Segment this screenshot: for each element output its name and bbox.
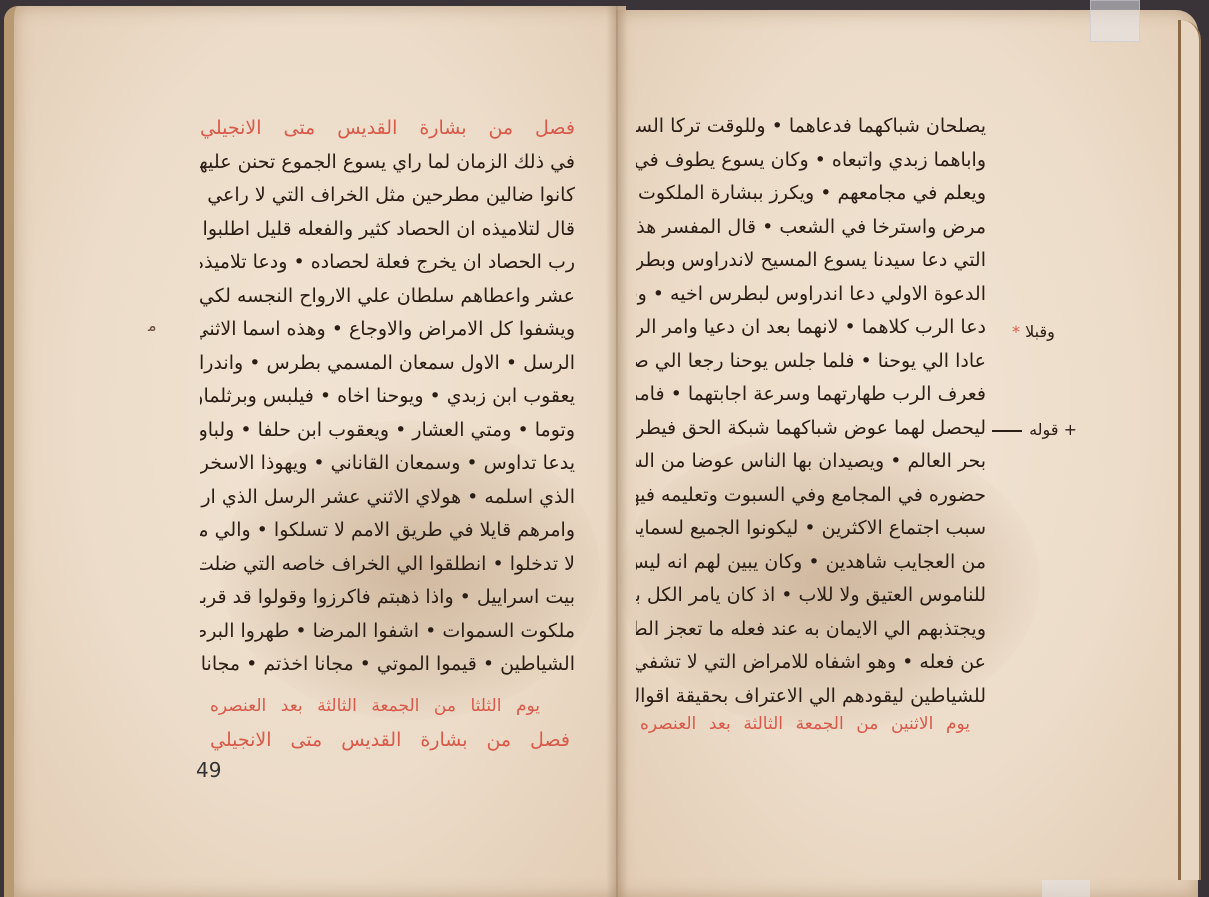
text-line: الرسل • الاول سمعان المسمي بطرس • واندرا… xyxy=(200,347,575,381)
text-line: حضوره في المجامع وفي السبوت وتعليمه فيها… xyxy=(636,479,986,513)
left-page-text: فصل من بشارة القديس متى الانجيلي في ذلك … xyxy=(200,112,575,682)
margin-rule xyxy=(992,430,1022,432)
text-line: بيت اسراييل • واذا ذهبتم فاكرزوا وقولوا … xyxy=(200,581,575,615)
margin-note: وقبلا * xyxy=(1012,322,1055,341)
margin-note: + قوله xyxy=(992,420,1077,439)
tape-strip-bottom xyxy=(1042,880,1090,897)
text-line: ويشفوا كل الامراض والاوجاع • وهذه اسما ا… xyxy=(200,313,575,347)
right-page-text: يصلحان شباكهما فدعاهما • وللوقت تركا الس… xyxy=(636,110,986,713)
text-line: ملكوت السموات • اشفوا المرضا • طهروا الب… xyxy=(200,615,575,649)
text-line: عن فعله • وهو اشفاه للامراض التي لا تشفي… xyxy=(636,646,986,680)
asterisk-marker: * xyxy=(1012,322,1020,341)
text-line: دعا الرب كلاهما • لانهما بعد ان دعيا وام… xyxy=(636,311,986,345)
text-line: الذي اسلمه • هولاي الاثني عشر الرسل الذي… xyxy=(200,481,575,515)
footer-rubric: يوم الاثنين من الجمعة الثالثة بعد العنصر… xyxy=(640,708,990,742)
text-line: لا تدخلوا • انطلقوا الي الخراف خاصه التي… xyxy=(200,548,575,582)
text-line: يدعا تداوس • وسمعان القاناني • ويهوذا ال… xyxy=(200,447,575,481)
heading-rubric: فصل من بشارة القديس متى الانجيلي xyxy=(200,112,575,146)
text-line: بحر العالم • ويصيدان بها الناس عوضا من ا… xyxy=(636,445,986,479)
folio-number: 49 xyxy=(196,758,221,782)
text-line: عادا الي يوحنا • فلما جلس يوحنا رجعا الي… xyxy=(636,345,986,379)
plus-marker: + xyxy=(1064,420,1077,439)
text-line: وامرهم قايلا في طريق الامم لا تسلكوا • و… xyxy=(200,514,575,548)
text-line: وتوما • ومتي العشار • ويعقوب ابن حلفا • … xyxy=(200,414,575,448)
tape-strip-top xyxy=(1090,0,1140,42)
footer-rubric: فصل من بشارة القديس متى الانجيلي xyxy=(210,724,570,758)
left-footer-rubrics: يوم الثلثا من الجمعة الثالثة بعد العنصره… xyxy=(210,690,570,757)
margin-note-text: وقبلا xyxy=(1025,322,1055,341)
text-line: الشياطين • قيموا الموتي • مجانا اخذتم • … xyxy=(200,648,575,682)
text-line: الدعوة الاولي دعا اندراوس لبطرس اخيه • و… xyxy=(636,278,986,312)
text-line: في ذلك الزمان لما راي يسوع الجموع تحنن ع… xyxy=(200,146,575,180)
page-edges xyxy=(1178,20,1201,880)
text-line: التي دعا سيدنا يسوع المسيح لاندراوس وبطر… xyxy=(636,244,986,278)
text-line: فعرف الرب طهارتهما وسرعة اجابتهما • فامر… xyxy=(636,378,986,412)
text-line: يعقوب ابن زبدي • ويوحنا اخاه • فيلبس وبر… xyxy=(200,380,575,414)
text-line: رب الحصاد ان يخرج فعلة لحصاده • ودعا تلا… xyxy=(200,246,575,280)
text-line: من العجايب شاهدين • وكان يبين لهم انه لي… xyxy=(636,546,986,580)
text-line: سبب اجتماع الاكثرين • ليكونوا الجميع لسم… xyxy=(636,512,986,546)
text-line: قال لتلاميذه ان الحصاد كثير والفعله قليل… xyxy=(200,213,575,247)
text-line: كانوا ضالين مطرحين مثل الخراف التي لا را… xyxy=(200,179,575,213)
margin-mark: ﻣ xyxy=(148,316,157,335)
text-line: عشر واعطاهم سلطان علي الارواح النجسه لكي… xyxy=(200,280,575,314)
text-line: يصلحان شباكهما فدعاهما • وللوقت تركا الس… xyxy=(636,110,986,144)
right-footer-rubric: يوم الاثنين من الجمعة الثالثة بعد العنصر… xyxy=(640,708,990,742)
text-line: ويجتذبهم الي الايمان به عند فعله ما تعجز… xyxy=(636,613,986,647)
margin-note-text: قوله xyxy=(1029,420,1058,439)
book-gutter xyxy=(606,6,628,897)
open-manuscript: فصل من بشارة القديس متى الانجيلي في ذلك … xyxy=(0,0,1209,897)
text-line: ويعلم في مجامعهم • ويكرز ببشارة الملكوت … xyxy=(636,177,986,211)
text-line: مرض واسترخا في الشعب • قال المفسر هذه ال… xyxy=(636,211,986,245)
footer-rubric: يوم الثلثا من الجمعة الثالثة بعد العنصره xyxy=(210,690,570,724)
text-line: ليحصل لهما عوض شباكهما شبكة الحق فيطرحان… xyxy=(636,412,986,446)
text-line: واباهما زبدي واتبعاه • وكان يسوع يطوف في… xyxy=(636,144,986,178)
text-line: للناموس العتيق ولا للاب • اذ كان يامر ال… xyxy=(636,579,986,613)
